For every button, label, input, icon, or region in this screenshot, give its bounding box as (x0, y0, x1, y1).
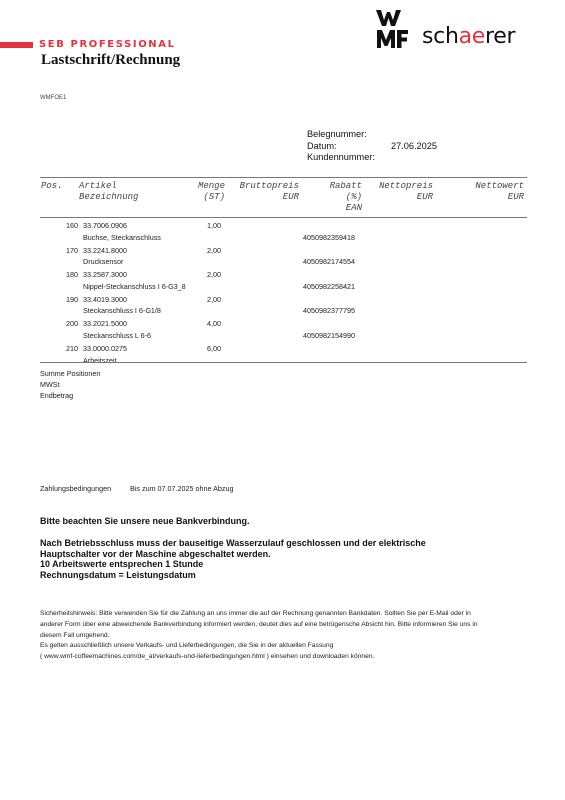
header-bruttopreis: Bruttopreis (226, 181, 299, 192)
row-menge: 2,00 (207, 294, 237, 306)
totals-block: Summe Positionen MWSt Endbetrag (40, 368, 100, 402)
row-bezeichnung: Drucksensor (83, 256, 123, 268)
row-ean: 4050982174554 (303, 256, 355, 268)
payment-terms-value: Bis zum 07.07.2025 ohne Abzug (130, 484, 234, 493)
row-artikel: 33.2587.3000 (83, 269, 127, 281)
endbetrag-label: Endbetrag (40, 390, 100, 401)
row-menge: 4,00 (207, 318, 237, 330)
closing-notice: Nach Betriebsschluss muss der bauseitige… (40, 538, 426, 580)
kundennummer-row: Kundennummer: (307, 152, 437, 164)
row-artikel: 33.2241.8000 (83, 245, 127, 257)
row-bezeichnung: Steckanschluss I 6-G1/8 (83, 305, 161, 317)
row-artikel: 33.7006.0906 (83, 220, 127, 232)
kundennummer-label: Kundennummer: (307, 152, 391, 164)
wmf-logo-icon (376, 8, 416, 50)
datum-label: Datum: (307, 141, 391, 153)
closing-line-1: Nach Betriebsschluss muss der bauseitige… (40, 538, 426, 549)
seb-professional-label: SEB PROFESSIONAL (39, 39, 176, 50)
row-pos: 180 (40, 269, 78, 281)
header-artikel: Artikel (79, 181, 117, 192)
row-menge: 1,00 (207, 220, 237, 232)
row-artikel: 33.0000.0275 (83, 343, 127, 355)
header-bruttopreis-unit: EUR (226, 192, 299, 203)
row-bezeichnung: Nippel-Steckanschluss I 6-G3_8 (83, 281, 186, 293)
security-line-3: diesem Fall umgehend. (40, 631, 540, 642)
belegnummer-label: Belegnummer: (307, 129, 391, 141)
header-nettowert: Nettowert (440, 181, 524, 192)
header-nettowert-unit: EUR (440, 192, 524, 203)
row-bezeichnung: Steckanschluss L 6-6 (83, 330, 151, 342)
row-ean: 4050982258421 (303, 281, 355, 293)
schaerer-wordmark: schaerer (422, 24, 515, 49)
payment-terms-label: Zahlungsbedingungen (40, 484, 111, 493)
header-menge: Menge (180, 181, 225, 192)
row-pos: 160 (40, 220, 78, 232)
document-title: Lastschrift/Rechnung (41, 52, 180, 69)
row-bezeichnung: Arbeitszeit (83, 355, 117, 367)
datum-value: 27.06.2025 (391, 141, 437, 153)
document-meta: Belegnummer: Datum: 27.06.2025 Kundennum… (307, 129, 437, 164)
work-units-note: 10 Arbeitswerte entsprechen 1 Stunde (40, 559, 426, 570)
security-line-2: anderer Form über eine abweichende Bankv… (40, 620, 540, 631)
bank-notice: Bitte beachten Sie unsere neue Bankverbi… (40, 516, 250, 527)
header-pos: Pos. (41, 181, 63, 192)
fine-print: Sicherheitshinweis: Bitte verwenden Sie … (40, 609, 540, 663)
row-pos: 200 (40, 318, 78, 330)
header-rabatt-unit: (%) (300, 192, 362, 203)
row-menge: 2,00 (207, 269, 237, 281)
datum-row: Datum: 27.06.2025 (307, 141, 437, 153)
terms-line-1: Es gelten ausschließlich unsere Verkaufs… (40, 641, 540, 652)
header-nettopreis-unit: EUR (363, 192, 433, 203)
row-menge: 6,00 (207, 343, 237, 355)
mwst-label: MWSt (40, 379, 100, 390)
header-nettopreis: Nettopreis (363, 181, 433, 192)
header-ean: EAN (300, 203, 362, 214)
wmf-schaerer-logo: schaerer (376, 8, 526, 52)
security-line-1: Sicherheitshinweis: Bitte verwenden Sie … (40, 609, 540, 620)
table-header-rule (40, 217, 527, 218)
row-pos: 170 (40, 245, 78, 257)
summe-positionen-label: Summe Positionen (40, 368, 100, 379)
row-pos: 190 (40, 294, 78, 306)
row-artikel: 33.4019.3000 (83, 294, 127, 306)
row-pos: 210 (40, 343, 78, 355)
row-ean: 4050982154990 (303, 330, 355, 342)
table-top-rule (40, 177, 527, 178)
row-bezeichnung: Buchse, Steckanschluss (83, 232, 161, 244)
row-artikel: 33.2021.5000 (83, 318, 127, 330)
belegnummer-row: Belegnummer: (307, 129, 437, 141)
invoice-date-note: Rechnungsdatum = Leistungsdatum (40, 570, 426, 581)
table-bottom-rule (40, 362, 527, 363)
seb-brand-bar (0, 42, 33, 48)
header-menge-unit: (ST) (180, 192, 225, 203)
document-code: WMFOE1 (40, 95, 66, 101)
row-menge: 2,00 (207, 245, 237, 257)
row-ean: 4050982377795 (303, 305, 355, 317)
row-ean: 4050982359418 (303, 232, 355, 244)
header-bezeichnung: Bezeichnung (79, 192, 138, 203)
closing-line-2: Hauptschalter vor der Maschine abgeschal… (40, 549, 426, 560)
terms-line-2[interactable]: ( www.wmf-coffeemachines.com/de_at/verka… (40, 652, 540, 663)
header-rabatt: Rabatt (300, 181, 362, 192)
